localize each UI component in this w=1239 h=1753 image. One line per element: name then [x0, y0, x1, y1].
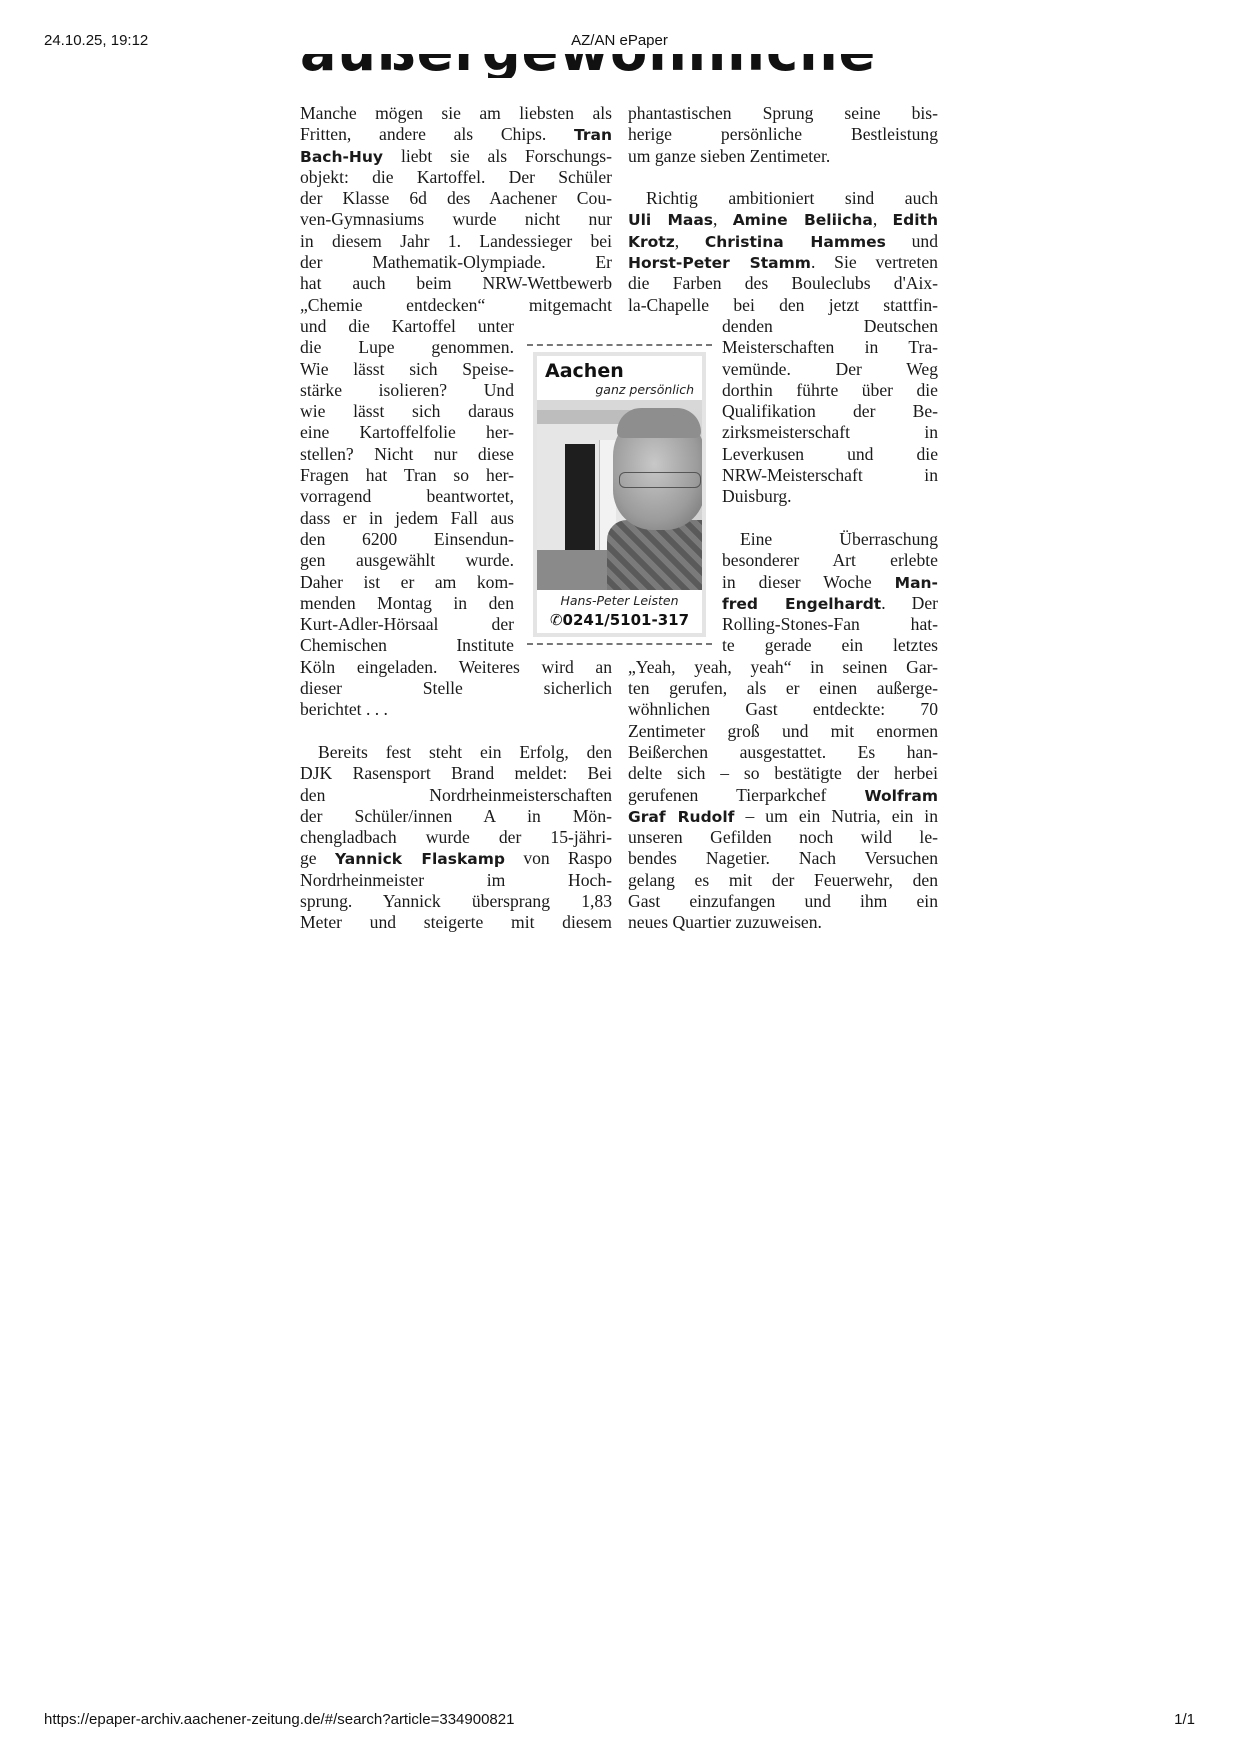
text-line: Rolling-Stones-Fan hat- — [722, 614, 938, 635]
text-line: Fragen hat Tran so her- — [300, 465, 514, 486]
text-line: delte sich – so bestätigte der herbei — [628, 763, 938, 784]
text-run: . Der — [881, 593, 938, 613]
text-line: Kurt-Adler-Hörsaal der — [300, 614, 514, 635]
person-name: Amine Beliicha — [733, 211, 873, 229]
text-run: ge — [300, 848, 335, 868]
column-subtitle: ganz persönlich — [595, 382, 694, 397]
text-line: gelang es mit der Feuerwehr, den — [628, 870, 938, 891]
text-line: fred Engelhardt. Der — [722, 593, 938, 614]
wrapped-text-block: und die Kartoffel unter die Lupe genomme… — [300, 316, 514, 657]
text-line: Uli Maas, Amine Beliicha, Edith — [628, 209, 938, 230]
text-line: objekt: die Kartoffel. Der Schüler — [300, 167, 612, 188]
text-line: chengladbach wurde der 15-jähri- — [300, 827, 612, 848]
text-line: unseren Gefilden noch wild le- — [628, 827, 938, 848]
text-line: der Klasse 6d des Aachener Cou- — [300, 188, 612, 209]
person-name: Man- — [895, 574, 938, 592]
text-line: Krotz, Christina Hammes und — [628, 231, 938, 252]
text-line: stärke isolieren? Und — [300, 380, 514, 401]
text-line: Beißerchen ausgestattet. Es han- — [628, 742, 938, 763]
text-line: dorthin führte über die — [722, 380, 938, 401]
text-line: gen ausgewählt wurde. — [300, 550, 514, 571]
text-line: die Farben des Bouleclubs d'Aix- — [628, 273, 938, 294]
column-title: Aachen — [545, 360, 624, 382]
person-name: Yannick Flaskamp — [335, 850, 505, 868]
text-line: Daher ist er am kom- — [300, 572, 514, 593]
text-run: liebt sie als Forschungs- — [383, 146, 612, 166]
text-line: wöhnlichen Gast entdeckte: 70 — [628, 699, 938, 720]
text-line: Duisburg. — [722, 486, 938, 507]
person-name: Tran — [574, 126, 612, 144]
text-line: den Nordrheinmeisterschaften — [300, 785, 612, 806]
text-line: stellen? Nicht nur diese — [300, 444, 514, 465]
text-line: berichtet . . . — [300, 699, 612, 720]
portrait-glasses — [619, 472, 701, 488]
text-line: der Schüler/innen A in Mön- — [300, 806, 612, 827]
text-run: – um ein Nutria, ein in — [734, 806, 938, 826]
text-line: Graf Rudolf – um ein Nutria, ein in — [628, 806, 938, 827]
print-url: https://epaper-archiv.aachener-zeitung.d… — [44, 1711, 514, 1728]
text-line: neues Quartier zuzuweisen. — [628, 912, 938, 933]
text-line: herige persönliche Bestleistung — [628, 124, 938, 145]
text-line: sprung. Yannick übersprang 1,83 — [300, 891, 612, 912]
text-line: den 6200 Einsendun- — [300, 529, 514, 550]
text-line: Meisterschaften in Tra- — [722, 337, 938, 358]
text-line: „Chemie entdecken“ mitgemacht — [300, 295, 612, 316]
paragraph-gap — [628, 167, 938, 188]
text-line: und die Kartoffel unter — [300, 316, 514, 337]
columnist-phone: ✆0241/5101-317 — [537, 611, 702, 629]
print-page-number: 1/1 — [1174, 1711, 1195, 1728]
text-line: ten gerufen, als er einen außerge- — [628, 678, 938, 699]
person-name: Krotz — [628, 233, 675, 251]
person-name: fred Engelhardt — [722, 595, 881, 613]
text-line: in dieser Woche Man- — [722, 572, 938, 593]
text-line: zirksmeisterschaft in — [722, 422, 938, 443]
paragraph-gap — [722, 508, 938, 529]
text-run: von Raspo — [505, 848, 612, 868]
text-line: phantastischen Sprung seine bis- — [628, 103, 938, 124]
text-run: in dieser Woche — [722, 572, 895, 592]
paragraph-gap — [300, 721, 612, 742]
person-name: Christina Hammes — [705, 233, 886, 251]
text-line: bendes Nagetier. Nach Versuchen — [628, 848, 938, 869]
text-line: gerufenen Tierparkchef Wolfram — [628, 785, 938, 806]
text-line: um ganze sieben Zentimeter. — [628, 146, 938, 167]
building-door — [565, 444, 595, 554]
text-line: Gast einzufangen und ihm ein — [628, 891, 938, 912]
text-line: dass er in jedem Fall aus — [300, 508, 514, 529]
text-run: und — [886, 231, 938, 251]
text-line: DJK Rasensport Brand meldet: Bei — [300, 763, 612, 784]
text-line: Köln eingeladen. Weiteres wird an — [300, 657, 612, 678]
text-run: , — [713, 209, 733, 229]
text-line: Richtig ambitioniert sind auch — [628, 188, 938, 209]
text-line: die Lupe genommen. — [300, 337, 514, 358]
text-line: in diesem Jahr 1. Landessieger bei — [300, 231, 612, 252]
columnist-box: Aachen ganz persönlich gesammelt von Han… — [527, 344, 712, 645]
text-line: Zentimeter groß und mit enormen — [628, 721, 938, 742]
text-line: wie lässt sich daraus — [300, 401, 514, 422]
portrait-hair — [617, 408, 701, 438]
text-line: ven-Gymnasiums wurde nicht nur — [300, 209, 612, 230]
text-run: , — [873, 209, 893, 229]
person-name: Graf Rudolf — [628, 808, 734, 826]
headline-text: außergewöhnliche Gäste — [300, 54, 880, 78]
headline-cropped: außergewöhnliche Gäste — [300, 54, 880, 78]
text-line: Bereits fest steht ein Erfolg, den — [300, 742, 612, 763]
text-line: Bach-Huy liebt sie als Forschungs- — [300, 146, 612, 167]
text-line: vemünde. Der Weg — [722, 359, 938, 380]
person-name: Bach-Huy — [300, 148, 383, 166]
text-line: menden Montag in den — [300, 593, 514, 614]
text-line: besonderer Art erlebte — [722, 550, 938, 571]
person-name: Uli Maas — [628, 211, 713, 229]
text-line: Leverkusen und die — [722, 444, 938, 465]
text-line: Qualifikation der Be- — [722, 401, 938, 422]
text-line: denden Deutschen — [722, 316, 938, 337]
text-line: Eine Überraschung — [722, 529, 938, 550]
columnist-card: Aachen ganz persönlich gesammelt von Han… — [537, 356, 702, 633]
text-line: „Yeah, yeah, yeah“ in seinen Gar- — [628, 657, 938, 678]
text-line: NRW-Meisterschaft in — [722, 465, 938, 486]
text-line: te gerade ein letztes — [722, 635, 938, 656]
text-line: Nordrheinmeister im Hoch- — [300, 870, 612, 891]
portrait-photo-icon: gesammelt von — [537, 400, 702, 590]
text-run: , — [675, 231, 705, 251]
text-run: . Sie vertreten — [811, 252, 938, 272]
columnist-name: Hans-Peter Leisten — [537, 593, 702, 608]
person-name: Wolfram — [864, 787, 938, 805]
columnist-box-frame: Aachen ganz persönlich gesammelt von Han… — [533, 352, 706, 637]
text-line: dieser Stelle sicherlich — [300, 678, 612, 699]
print-title: AZ/AN ePaper — [0, 32, 1239, 49]
text-line: Wie lässt sich Speise- — [300, 359, 514, 380]
wrapped-text-block: denden Deutschen Meisterschaften in Tra-… — [722, 316, 938, 657]
text-line: eine Kartoffelfolie her- — [300, 422, 514, 443]
text-line: hat auch beim NRW-Wettbewerb — [300, 273, 612, 294]
person-name: Edith — [893, 211, 938, 229]
text-line: Fritten, andere als Chips. Tran — [300, 124, 612, 145]
text-line: Horst-Peter Stamm. Sie vertreten — [628, 252, 938, 273]
text-run: Fritten, andere als Chips. — [300, 124, 574, 144]
portrait-body — [607, 520, 702, 590]
text-line: vorragend beantwortet, — [300, 486, 514, 507]
text-line: ge Yannick Flaskamp von Raspo — [300, 848, 612, 869]
person-name: Horst-Peter Stamm — [628, 254, 811, 272]
text-run: gerufenen Tierparkchef — [628, 785, 864, 805]
text-line: der Mathematik-Olympiade. Er — [300, 252, 612, 273]
text-line: Chemischen Institute — [300, 635, 514, 656]
text-line: Meter und steigerte mit diesem — [300, 912, 612, 933]
text-line: Manche mögen sie am liebsten als — [300, 103, 612, 124]
text-line: la-Chapelle bei den jetzt stattfin- — [628, 295, 938, 316]
